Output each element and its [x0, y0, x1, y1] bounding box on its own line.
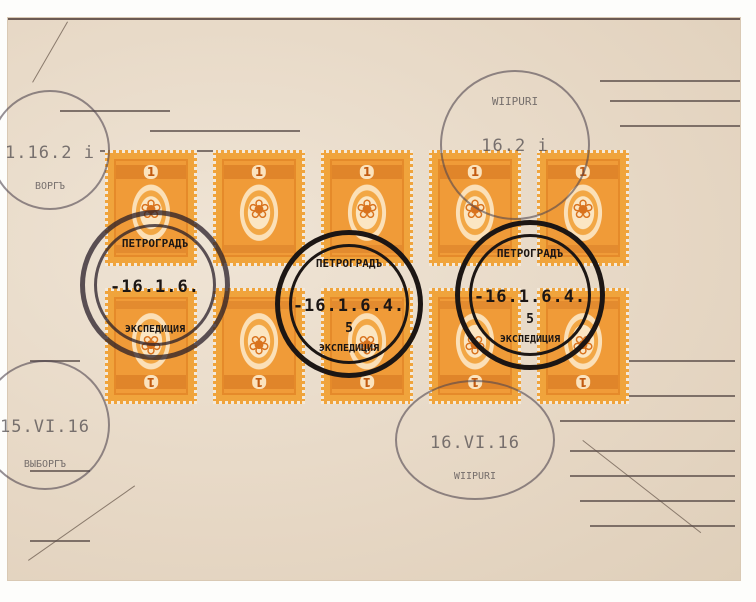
stamp: 1❀: [213, 150, 305, 266]
cancel-line: [30, 540, 90, 542]
cancel-line: [570, 450, 735, 452]
postmark-top-text: WIIPURI: [442, 95, 588, 108]
eagle-emblem-icon: ❀: [248, 329, 270, 359]
postmark-petrograd-left: ПЕТРОГРАДЪ -16.1.6. ЭКСПЕДИЦИЯ: [80, 210, 230, 360]
cancel-line: [610, 100, 740, 102]
postmark-date: 1.16.2 i: [0, 143, 108, 163]
cancel-line: [590, 525, 735, 527]
postmark-faint-bottom: 16.VI.16 WIIPURI: [395, 380, 555, 500]
stamp-denomination: 1: [252, 165, 266, 179]
flap-fold-bottom-left: [28, 485, 135, 560]
postmark-date: -16.1.6.4.: [460, 287, 600, 307]
stamp-denomination: 1: [360, 375, 374, 389]
stamp-denomination: 1: [360, 165, 374, 179]
postmark-bottom-text: ЭКСПЕДИЦИЯ: [280, 343, 418, 354]
postmark-top-text: ПЕТРОГРАДЪ: [85, 237, 225, 250]
postmark-bottom-text: ВОРГЪ: [0, 181, 108, 192]
flap-fold-left: [32, 22, 68, 83]
cancel-line: [600, 80, 740, 82]
postmark-date: 16.2 i: [442, 136, 588, 156]
stamp-denomination: 1: [144, 375, 158, 389]
cancel-line: [150, 130, 300, 132]
stamp-denomination: 1: [576, 375, 590, 389]
stamp-denomination: 1: [252, 375, 266, 389]
postmark-petrograd-center: ПЕТРОГРАДЪ -16.1.6.4. 5 ЭКСПЕДИЦИЯ: [275, 230, 423, 378]
eagle-emblem-icon: ❀: [356, 195, 378, 225]
cancel-line: [570, 475, 735, 477]
postmark-bottom-text: WIIPURI: [397, 471, 553, 482]
postmark-date: 16.VI.16: [397, 433, 553, 453]
postmark-petrograd-right: ПЕТРОГРАДЪ -16.1.6.4. 5 ЭКСПЕДИЦИЯ: [455, 220, 605, 370]
stamp-denomination: 1: [144, 165, 158, 179]
postmark-date: -16.1.6.: [85, 277, 225, 297]
postmark-number: 5: [280, 321, 418, 336]
flap-fold-bottom-right: [582, 440, 701, 533]
postmark-date: -16.1.6.4.: [280, 296, 418, 316]
postmark-bottom-text: ЭКСПЕДИЦИЯ: [460, 334, 600, 345]
cancel-line: [580, 500, 735, 502]
eagle-emblem-icon: ❀: [248, 195, 270, 225]
postmark-bottom-text: ВЫБОРГЪ: [0, 459, 108, 470]
cancel-line: [560, 420, 735, 422]
cancel-line: [620, 125, 740, 127]
postmark-date: 15.VI.16: [0, 417, 108, 437]
eagle-emblem-icon: ❀: [572, 195, 594, 225]
postmark-number: 5: [460, 312, 600, 327]
postmark-top-text: ПЕТРОГРАДЪ: [460, 247, 600, 260]
postmark-bottom-text: ЭКСПЕДИЦИЯ: [85, 324, 225, 335]
postmark-top-text: ПЕТРОГРАДЪ: [280, 257, 418, 270]
postmark-wiipuri-top: WIIPURI 16.2 i: [440, 70, 590, 220]
